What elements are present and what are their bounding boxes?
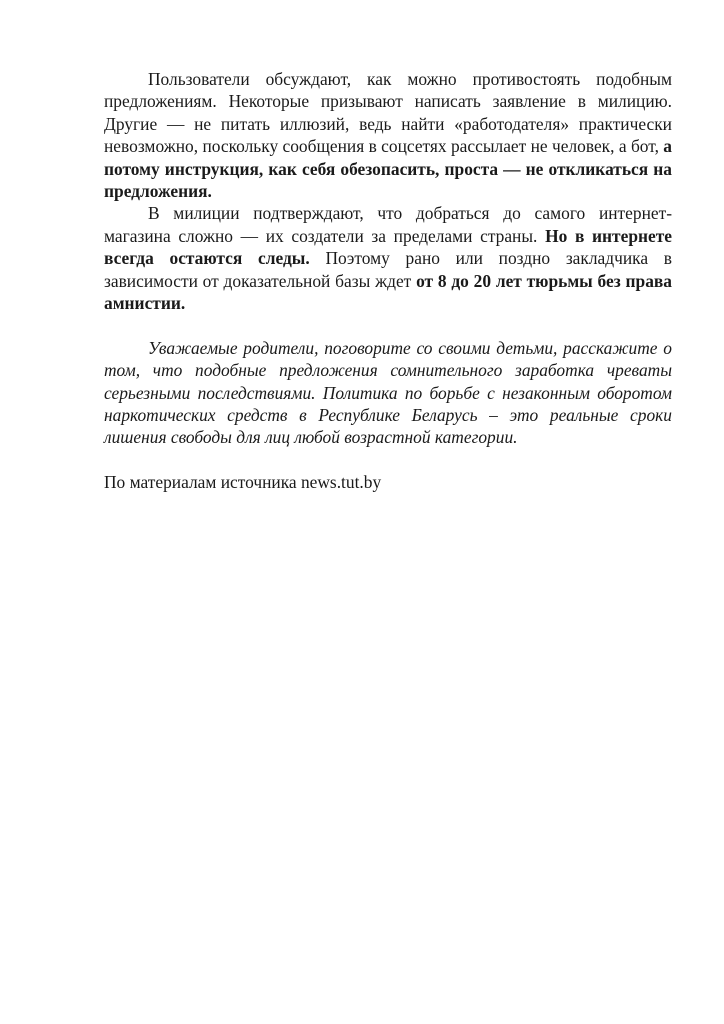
p3-text: Уважаемые родители, поговорите со своими… <box>104 338 672 448</box>
paragraph-gap <box>104 314 672 336</box>
paragraph-police-confirm: В милиции подтверждают, что добраться до… <box>104 202 672 314</box>
paragraph-parents-appeal: Уважаемые родители, поговорите со своими… <box>104 337 672 449</box>
p1-text: Пользователи обсуждают, как можно против… <box>104 69 672 156</box>
paragraph-gap <box>104 449 672 471</box>
document-page: Пользователи обсуждают, как можно против… <box>104 68 672 494</box>
paragraph-user-discussion: Пользователи обсуждают, как можно против… <box>104 68 672 202</box>
source-attribution: По материалам источника news.tut.by <box>104 471 672 493</box>
